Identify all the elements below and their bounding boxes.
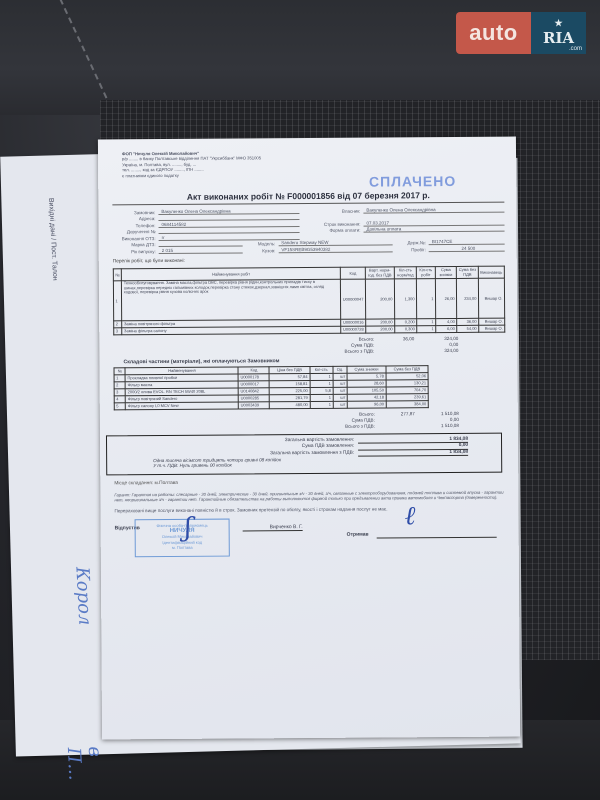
- logo-dotcom: .com: [569, 46, 582, 52]
- table-cell: 4: [114, 395, 126, 402]
- field-mileage: Пробіг:24 500: [401, 245, 505, 252]
- table-cell: Вишар О.: [478, 278, 504, 318]
- table-cell: 54,00: [457, 325, 479, 332]
- parts-section-label: Складові частини (матеріали), які оплачу…: [113, 356, 505, 365]
- table-cell: 384,00: [386, 400, 428, 407]
- received-signature-line: [377, 537, 497, 539]
- table-cell: 200,00: [365, 278, 394, 318]
- table-cell: 26,00: [435, 278, 456, 318]
- column-header: Кіл-сть робіт: [416, 266, 435, 278]
- table-cell: 3: [114, 327, 122, 334]
- warranty-text: Гарант: Гарантия на работы: слесарные - …: [114, 489, 506, 503]
- table-cell: шт: [333, 401, 348, 408]
- column-header: Сума без ПДВ: [456, 266, 478, 278]
- field-year: Рік випуску:2 015: [113, 246, 243, 253]
- table-cell: U00000047: [341, 279, 366, 319]
- signature-row: Відпустив Фізична особа-підприємець НИЧУ…: [115, 517, 507, 570]
- confirmation-text: Перераховані вище послуги виконані повні…: [114, 506, 506, 514]
- works-totals: Всього:36,00324,00Сума ПДВ:0,00Всього з …: [318, 335, 505, 354]
- table-cell: 1: [113, 280, 122, 320]
- receiver-signature: ℓ: [404, 502, 415, 532]
- column-header: №: [113, 268, 121, 280]
- field-phone: Телефон:0684114582: [112, 220, 299, 228]
- logo-ria-block: ★ RIA .com: [531, 12, 586, 54]
- place-of-issue: Місце складання: м.Полтава: [114, 478, 506, 486]
- table-cell: Технообслуговування. Заміна масла,фільтр…: [122, 279, 341, 321]
- total-row: Всього з ПДВ:324,00: [318, 347, 505, 354]
- grand-total-box: Загальна вартість замовлення:1 834,08 Су…: [106, 432, 502, 475]
- column-header: Варт. норм-год. без ПДВ: [365, 266, 394, 278]
- star-icon: ★: [554, 20, 562, 29]
- column-header: Код: [341, 267, 366, 279]
- vehicle-fields: Марка ДТЗ: Рік випуску:2 015 Модель:Sand…: [113, 238, 505, 254]
- column-header: Сума знижки: [435, 266, 456, 278]
- table-cell: U0003439: [239, 401, 270, 408]
- table-cell: Вишар О.: [479, 325, 505, 332]
- column-header: Кіл-сть норм/год: [394, 266, 416, 278]
- field-vin: Кузов:VF15SREB9G53940382: [250, 245, 393, 252]
- document-title: Акт виконаних робіт № F000001856 від 07 …: [112, 190, 504, 206]
- handwritten-note-2: в П...: [63, 746, 107, 781]
- handwritten-note: Корол: [71, 566, 95, 626]
- column-header: Виконавець: [478, 266, 504, 278]
- table-cell: U00000728: [341, 326, 366, 333]
- table-cell: 200,00: [366, 325, 395, 332]
- issuer-signature: ʃ: [185, 513, 192, 543]
- table-cell: 234,00: [457, 278, 479, 318]
- table-row: 3Заміна фільтра салонуU00000728200,000,3…: [114, 325, 505, 335]
- paid-stamp: СПЛАЧЕНО: [369, 173, 456, 190]
- table-row: 5Фільтр салону L0 MCV NewU0003439480,001…: [114, 400, 428, 409]
- table-cell: 0,300: [395, 325, 417, 332]
- table-cell: 1: [416, 278, 435, 318]
- field-payment-form: Форма оплати:Довільна оплата: [318, 225, 505, 233]
- table-cell: 5: [114, 402, 126, 409]
- works-table: №Найменування робітКодВарт. норм-год. бе…: [113, 265, 505, 335]
- logo-ria-text: RIA: [543, 29, 574, 47]
- issuer-name: Вирченко В. Г.: [243, 524, 303, 531]
- parts-table: №НайменуванняКодЦіна без ПДВКіл-стьОд.Су…: [113, 365, 428, 410]
- table-cell: 1: [417, 325, 436, 332]
- field-customer: Замовник:Вакуленко Олена Олександрівна: [112, 207, 299, 215]
- table-cell: 96,00: [347, 400, 386, 407]
- table-cell: Заміна фільтра салону: [122, 326, 341, 335]
- table-cell: 1,300: [394, 278, 416, 318]
- parts-totals: Всього:277,871 510,08Сума ПДВ:0,00Всього…: [319, 410, 506, 429]
- logo-auto-text: auto: [456, 12, 531, 54]
- table-cell: Фільтр салону L0 MCV New: [126, 402, 239, 410]
- received-label: Отримав: [347, 532, 369, 538]
- field-owner: Власник:Вакуленко Олена Олександрівна: [317, 206, 504, 214]
- table-cell: 480,00: [270, 401, 310, 408]
- table-row: 1Технообслуговування. Заміна масла,фільт…: [113, 278, 504, 321]
- table-cell: 1: [310, 401, 333, 408]
- customer-fields: Замовник:Вакуленко Олена Олександрівна А…: [112, 206, 504, 241]
- autoria-logo: auto ★ RIA .com: [456, 12, 586, 54]
- table-cell: 2: [114, 320, 122, 327]
- side-strip-text: Вихідні дані / Пост. Талон: [47, 198, 58, 281]
- company-seal: Фізична особа-підприємець НИЧУЛЯ Олексій…: [135, 519, 230, 558]
- work-completion-act-document: ФОП "Ничуля Олексій Миколайович" р/р ...…: [98, 137, 520, 740]
- table-cell: 6,00: [436, 325, 457, 332]
- works-section-label: Перелік робіт, що були виконані:: [113, 256, 505, 264]
- total-row: Всього з ПДВ:1 510,08: [319, 422, 506, 429]
